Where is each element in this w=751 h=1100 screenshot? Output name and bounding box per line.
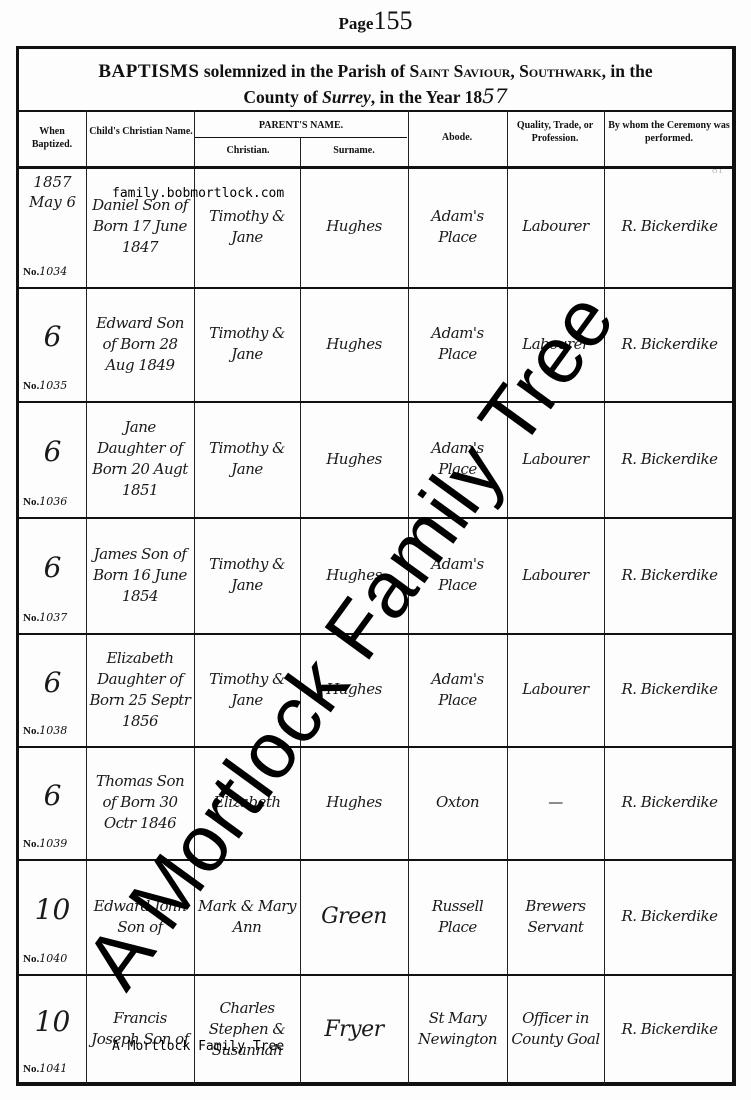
entry-number-value: 1036 [39,495,67,508]
entry-number: No.1041 [23,1062,67,1075]
page-number: Page155 [0,6,751,36]
register-entry-row: 6No.1036Jane Daughter of Born 20 Augt 18… [19,401,732,517]
entry-child: Francis Joseph Son of [89,974,191,1084]
entry-surname: Hughes [303,746,405,859]
entry-child: Edward Son of Born 28 Aug 1849 [89,287,191,401]
title-county: Surrey [322,87,371,107]
col-by-whom: By whom the Ceremony was performed. [605,119,733,145]
when-baptized: 1857 May 6 [19,172,86,212]
entry-christian: Timothy & Jane [197,633,297,746]
title-suffix: , in the [602,61,653,81]
watermark-caption: A Mortlock Family Tree [112,1039,284,1054]
entry-number-prefix: No. [23,838,39,850]
entry-number-prefix: No. [23,725,39,737]
entry-quality: Officer in County Goal [510,974,601,1084]
entry-by-whom: R. Bickerdike [607,746,732,859]
col-abode: Abode. [408,131,506,144]
title-baptisms: BAPTISMS [98,61,199,82]
col-parents-group: PARENT'S NAME. [195,119,407,132]
entry-number-value: 1041 [39,1062,67,1075]
col-quality: Quality, Trade, or Profession. [507,119,603,145]
entry-surname: Hughes [303,287,405,401]
col-when: When Baptized. [21,125,83,151]
title-divider [19,110,732,112]
register-entry-row: 6No.1039Thomas Son of Born 30 Octr 1846E… [19,746,732,859]
entry-surname: Hughes [303,401,405,517]
entry-number: No.1036 [23,495,67,508]
entry-quality: Labourer [510,166,601,287]
entry-quality: Labourer [510,287,601,401]
entry-number-value: 1037 [39,611,67,624]
entry-abode: Oxton [411,746,504,859]
register-entry-row: 10No.1041Francis Joseph Son ofCharles St… [19,974,732,1084]
entry-child: Jane Daughter of Born 20 Augt 1851 [89,401,191,517]
entry-quality: Brewers Servant [510,859,601,974]
entry-number-value: 1035 [39,379,67,392]
when-baptized: 6 [19,551,86,584]
entry-abode: Russell Place [411,859,504,974]
entry-abode: Adam's Place [411,166,504,287]
entry-number-prefix: No. [23,266,39,278]
entry-number-prefix: No. [23,1063,39,1075]
entry-number: No.1037 [23,611,67,624]
title-year-prefix: , in the Year 18 [371,87,482,107]
entry-by-whom: R. Bickerdike [607,401,732,517]
entry-christian: Mark & Mary Ann [197,859,297,974]
entry-number-value: 1038 [39,724,67,737]
when-baptized: 10 [19,893,86,926]
entry-by-whom: R. Bickerdike [607,633,732,746]
register-entry-row: 10No.1040Edward John Son ofMark & Mary A… [19,859,732,974]
register-entry-row: 6No.1037James Son of Born 16 June 1854Ti… [19,517,732,633]
entry-child: Edward John Son of [89,859,191,974]
entry-abode: Adam's Place [411,633,504,746]
entry-number-value: 1039 [39,837,67,850]
entry-christian: Timothy & Jane [197,287,297,401]
when-baptized: 6 [19,435,86,468]
entry-number-prefix: No. [23,953,39,965]
title-parish: Saint Saviour, Southwark [409,61,601,81]
entry-child: James Son of Born 16 June 1854 [89,517,191,633]
entry-number-value: 1034 [39,265,67,278]
entry-surname: Hughes [303,517,405,633]
entry-christian: Timothy & Jane [197,166,297,287]
entry-christian: Charles Stephen & Susannah [197,974,297,1084]
parents-subdivider [195,137,407,138]
register-entry-row: 1857 May 6No.1034Daniel Son of Born 17 J… [19,166,732,287]
entry-surname: Green [303,859,405,974]
entry-christian: Elizabeth [197,746,297,859]
entry-number: No.1039 [23,837,67,850]
title-year-handwritten: 57 [482,84,507,108]
entry-christian: Timothy & Jane [197,401,297,517]
entry-quality: Labourer [510,401,601,517]
entry-abode: Adam's Place [411,517,504,633]
entry-by-whom: R. Bickerdike [607,287,732,401]
entry-quality: — [510,746,601,859]
entry-number: No.1038 [23,724,67,737]
entry-surname: Fryer [303,974,405,1084]
register-entry-row: 6No.1035Edward Son of Born 28 Aug 1849Ti… [19,287,732,401]
entry-surname: Hughes [303,633,405,746]
entry-abode: Adam's Place [411,287,504,401]
entry-abode: St Mary Newington [411,974,504,1084]
page-label: Page [339,14,374,33]
entry-number: No.1040 [23,952,67,965]
when-baptized: 6 [19,779,86,812]
entry-number-prefix: No. [23,496,39,508]
when-baptized: 10 [19,1005,86,1038]
page-number-value: 155 [373,6,412,35]
register-entry-row: 6No.1038Elizabeth Daughter of Born 25 Se… [19,633,732,746]
register-title: BAPTISMS solemnized in the Parish of Sai… [19,49,732,110]
watermark-url: family.bobmortlock.com [112,186,284,201]
entry-number: No.1035 [23,379,67,392]
col-surname: Surname. [301,144,407,157]
entry-number-prefix: No. [23,612,39,624]
entry-child: Daniel Son of Born 17 June 1847 [89,166,191,287]
when-baptized: 6 [19,666,86,699]
entry-quality: Labourer [510,517,601,633]
title-county-prefix: County of [243,87,322,107]
title-mid: solemnized in the Parish of [199,61,409,81]
entry-number-prefix: No. [23,380,39,392]
entry-quality: Labourer [510,633,601,746]
col-christian: Christian. [195,144,301,157]
entry-number: No.1034 [23,265,67,278]
entry-surname: Hughes [303,166,405,287]
baptism-register: BAPTISMS solemnized in the Parish of Sai… [16,46,736,1086]
entry-by-whom: R. Bickerdike [607,859,732,974]
entry-child: Thomas Son of Born 30 Octr 1846 [89,746,191,859]
entry-by-whom: R. Bickerdike [607,974,732,1084]
entry-number-value: 1040 [39,952,67,965]
entry-abode: Adam's Place [411,401,504,517]
entry-christian: Timothy & Jane [197,517,297,633]
when-baptized: 6 [19,320,86,353]
entry-by-whom: R. Bickerdike [607,517,732,633]
entry-by-whom: R. Bickerdike [607,166,732,287]
col-child: Child's Christian Name. [89,125,193,138]
entry-child: Elizabeth Daughter of Born 25 Septr 1856 [89,633,191,746]
